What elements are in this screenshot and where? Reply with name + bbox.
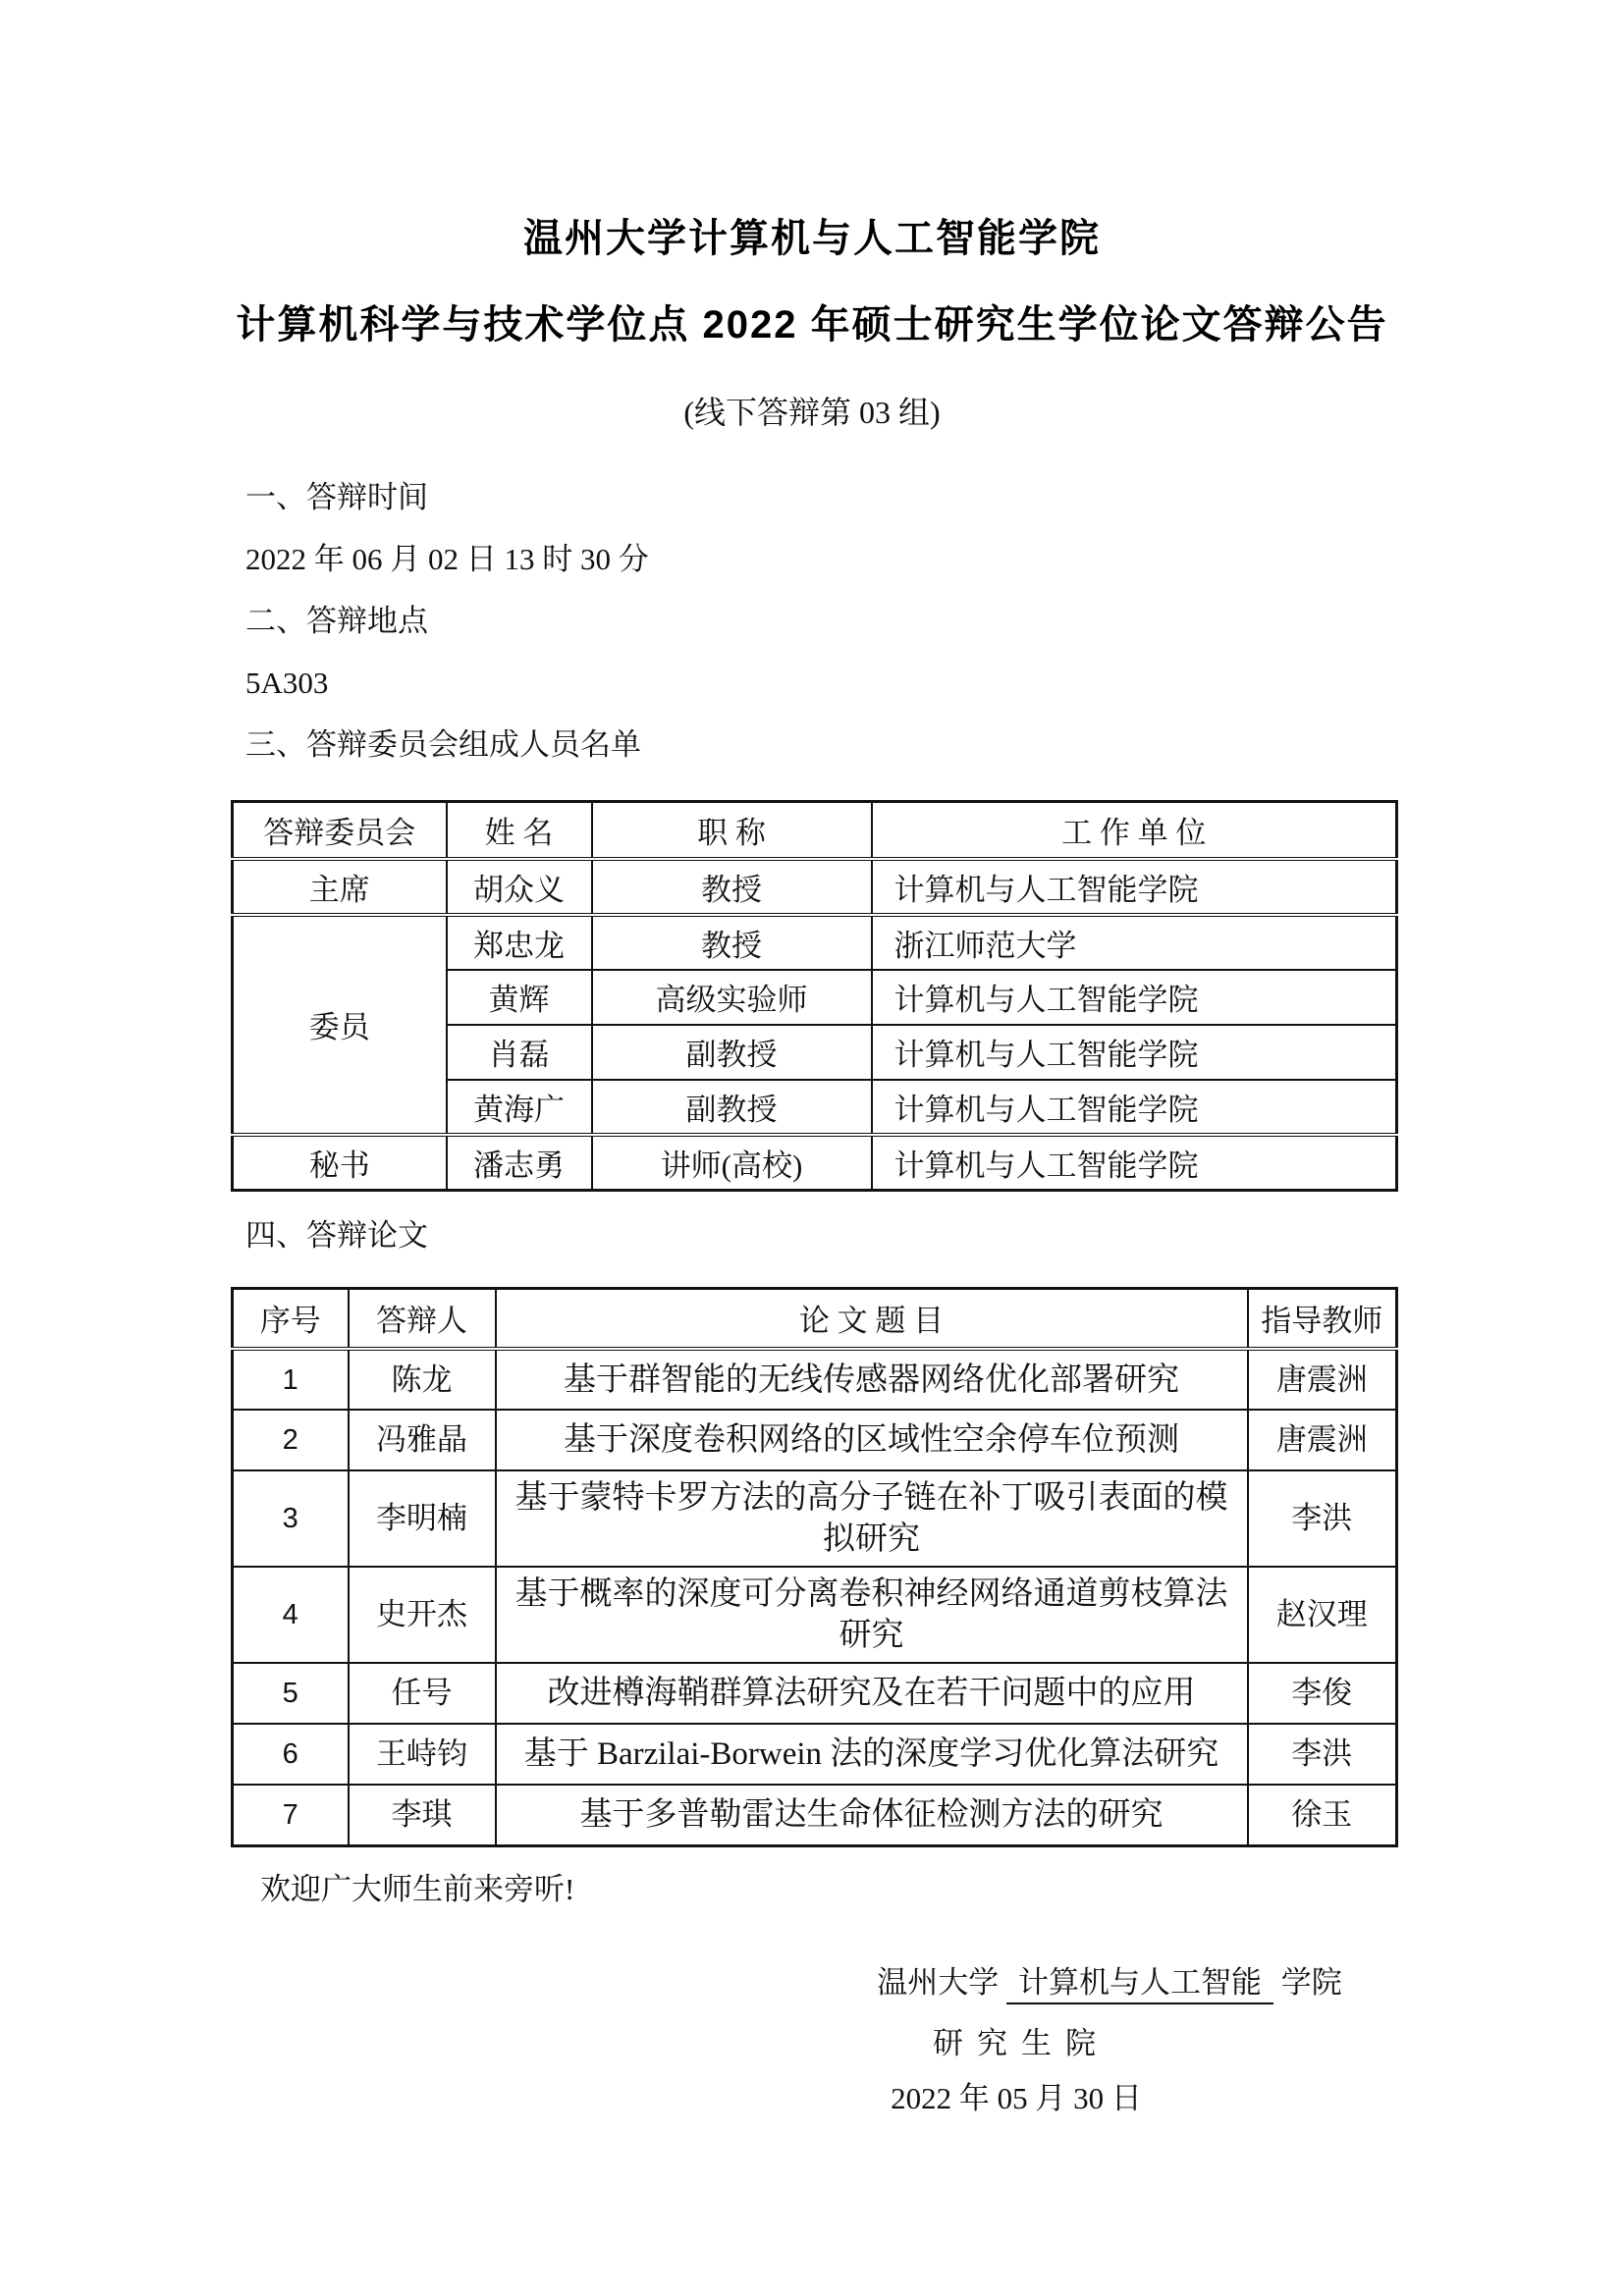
theses-header-row: 序号 答辩人 论 文 题 目 指导教师 xyxy=(233,1288,1397,1349)
committee-header-row: 答辩委员会 姓 名 职 称 工 作 单 位 xyxy=(233,802,1397,859)
thesis-row: 3 李明楠 基于蒙特卡罗方法的高分子链在补丁吸引表面的模拟研究 李洪 xyxy=(233,1470,1397,1567)
committee-row: 秘书 潘志勇 讲师(高校) 计算机与人工智能学院 xyxy=(233,1135,1397,1191)
thesis-advisor-cell: 李俊 xyxy=(1248,1663,1397,1724)
thesis-advisor-cell: 李洪 xyxy=(1248,1724,1397,1785)
theses-header-advisor: 指导教师 xyxy=(1248,1288,1397,1349)
thesis-no-cell: 1 xyxy=(233,1349,349,1410)
thesis-title-cell: 基于多普勒雷达生命体征检测方法的研究 xyxy=(496,1785,1248,1845)
committee-header-name: 姓 名 xyxy=(447,802,592,859)
committee-name-cell: 黄海广 xyxy=(447,1080,592,1135)
footer-org-suffix: 学院 xyxy=(1281,1965,1342,2000)
document-page: 温州大学计算机与人工智能学院 计算机科学与技术学位点 2022 年硕士研究生学位… xyxy=(0,0,1624,2296)
committee-header-org: 工 作 单 位 xyxy=(872,802,1397,859)
document-subtitle-group: (线下答辩第 03 组) xyxy=(0,394,1624,431)
committee-title-cell: 副教授 xyxy=(592,1080,872,1135)
thesis-advisor-cell: 徐玉 xyxy=(1248,1785,1397,1845)
section-heading-theses: 四、答辩论文 xyxy=(245,1218,1408,1254)
thesis-row: 1 陈龙 基于群智能的无线传感器网络优化部署研究 唐震洲 xyxy=(233,1349,1397,1410)
committee-title-cell: 副教授 xyxy=(592,1025,872,1080)
committee-name-cell: 黄辉 xyxy=(447,970,592,1025)
committee-row: 主席 胡众义 教授 计算机与人工智能学院 xyxy=(233,859,1397,915)
thesis-title-cell: 改进樽海鞘群算法研究及在若干问题中的应用 xyxy=(496,1663,1248,1724)
committee-header-role: 答辩委员会 xyxy=(233,802,447,859)
thesis-no-cell: 2 xyxy=(233,1410,349,1470)
committee-name-cell: 郑忠龙 xyxy=(447,915,592,970)
thesis-no-cell: 6 xyxy=(233,1724,349,1785)
section-heading-committee: 三、答辩委员会组成人员名单 xyxy=(245,727,1408,763)
thesis-student-cell: 冯雅晶 xyxy=(349,1410,496,1470)
thesis-advisor-cell: 唐震洲 xyxy=(1248,1410,1397,1470)
committee-title-cell: 教授 xyxy=(592,859,872,915)
committee-title-cell: 高级实验师 xyxy=(592,970,872,1025)
defense-time-value: 2022 年 06 月 02 日 13 时 30 分 xyxy=(245,542,1408,577)
committee-role-cell: 主席 xyxy=(233,859,447,915)
thesis-student-cell: 史开杰 xyxy=(349,1567,496,1663)
thesis-row: 5 任号 改进樽海鞘群算法研究及在若干问题中的应用 李俊 xyxy=(233,1663,1397,1724)
footer-dept-line: 研究生院 xyxy=(776,2024,1267,2063)
thesis-no-cell: 7 xyxy=(233,1785,349,1845)
thesis-student-cell: 李明楠 xyxy=(349,1470,496,1567)
footer-org-prefix: 温州大学 xyxy=(877,1965,999,2000)
thesis-title-cell: 基于深度卷积网络的区域性空余停车位预测 xyxy=(496,1410,1248,1470)
theses-table: 序号 答辩人 论 文 题 目 指导教师 1 陈龙 基于群智能的无线传感器网络优化… xyxy=(231,1287,1398,1847)
document-title-line2: 计算机科学与技术学位点 2022 年硕士研究生学位论文答辩公告 xyxy=(0,303,1624,347)
committee-role-cell: 秘书 xyxy=(233,1135,447,1191)
section-heading-defense-time: 一、答辩时间 xyxy=(245,480,1408,515)
thesis-row: 7 李琪 基于多普勒雷达生命体征检测方法的研究 徐玉 xyxy=(233,1785,1397,1845)
footer-org-line: 温州大学 计算机与人工智能 学院 xyxy=(864,1963,1355,2002)
thesis-row: 6 王峙钧 基于 Barzilai-Borwein 法的深度学习优化算法研究 李… xyxy=(233,1724,1397,1785)
committee-title-cell: 教授 xyxy=(592,915,872,970)
committee-org-cell: 计算机与人工智能学院 xyxy=(872,970,1397,1025)
thesis-student-cell: 王峙钧 xyxy=(349,1724,496,1785)
thesis-student-cell: 陈龙 xyxy=(349,1349,496,1410)
committee-name-cell: 肖磊 xyxy=(447,1025,592,1080)
thesis-no-cell: 3 xyxy=(233,1470,349,1567)
committee-name-cell: 胡众义 xyxy=(447,859,592,915)
thesis-no-cell: 4 xyxy=(233,1567,349,1663)
committee-header-title: 职 称 xyxy=(592,802,872,859)
theses-header-student: 答辩人 xyxy=(349,1288,496,1349)
footer-org-underlined: 计算机与人工智能 xyxy=(1006,1965,1273,2004)
thesis-row: 2 冯雅晶 基于深度卷积网络的区域性空余停车位预测 唐震洲 xyxy=(233,1410,1397,1470)
thesis-title-cell: 基于概率的深度可分离卷积神经网络通道剪枝算法研究 xyxy=(496,1567,1248,1663)
thesis-advisor-cell: 李洪 xyxy=(1248,1470,1397,1567)
thesis-title-cell: 基于群智能的无线传感器网络优化部署研究 xyxy=(496,1349,1248,1410)
committee-org-cell: 计算机与人工智能学院 xyxy=(872,1135,1397,1191)
thesis-student-cell: 任号 xyxy=(349,1663,496,1724)
thesis-student-cell: 李琪 xyxy=(349,1785,496,1845)
thesis-advisor-cell: 唐震洲 xyxy=(1248,1349,1397,1410)
committee-org-cell: 计算机与人工智能学院 xyxy=(872,1025,1397,1080)
committee-row: 委员 郑忠龙 教授 浙江师范大学 xyxy=(233,915,1397,970)
theses-header-title: 论 文 题 目 xyxy=(496,1288,1248,1349)
section-heading-defense-venue: 二、答辩地点 xyxy=(245,604,1408,639)
committee-org-cell: 计算机与人工智能学院 xyxy=(872,1080,1397,1135)
footer-date-line: 2022 年 05 月 30 日 xyxy=(771,2079,1262,2118)
theses-header-no: 序号 xyxy=(233,1288,349,1349)
document-body: 一、答辩时间 2022 年 06 月 02 日 13 时 30 分 二、答辩地点… xyxy=(245,480,1408,763)
committee-title-cell: 讲师(高校) xyxy=(592,1135,872,1191)
document-title-line1: 温州大学计算机与人工智能学院 xyxy=(0,218,1624,259)
thesis-title-cell: 基于 Barzilai-Borwein 法的深度学习优化算法研究 xyxy=(496,1724,1248,1785)
thesis-title-cell: 基于蒙特卡罗方法的高分子链在补丁吸引表面的模拟研究 xyxy=(496,1470,1248,1567)
committee-org-cell: 浙江师范大学 xyxy=(872,915,1397,970)
committee-name-cell: 潘志勇 xyxy=(447,1135,592,1191)
welcome-text: 欢迎广大师生前来旁听! xyxy=(260,1871,1624,1908)
committee-role-cell: 委员 xyxy=(233,915,447,1135)
committee-table: 答辩委员会 姓 名 职 称 工 作 单 位 主席 胡众义 教授 计算机与人工智能… xyxy=(231,800,1398,1192)
defense-venue-value: 5A303 xyxy=(245,666,1408,701)
committee-org-cell: 计算机与人工智能学院 xyxy=(872,859,1397,915)
thesis-row: 4 史开杰 基于概率的深度可分离卷积神经网络通道剪枝算法研究 赵汉理 xyxy=(233,1567,1397,1663)
thesis-no-cell: 5 xyxy=(233,1663,349,1724)
thesis-advisor-cell: 赵汉理 xyxy=(1248,1567,1397,1663)
